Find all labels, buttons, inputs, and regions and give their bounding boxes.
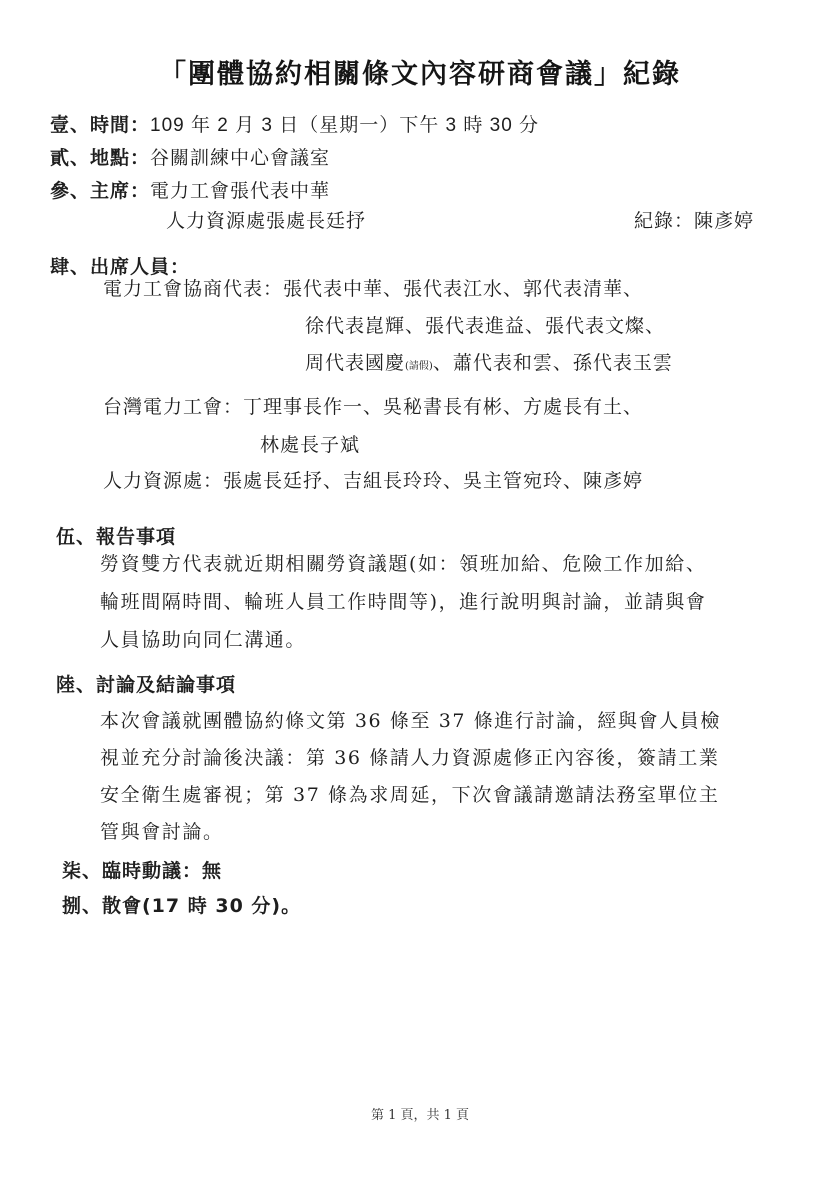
attendee-group-hr-dept: 人力資源處：張處長廷抒、吉組長玲玲、吳主管宛玲、陳彥婷 [103, 468, 643, 494]
section-time-value: 109 年 2 月 3 日（星期一）下午 3 時 30 分 [150, 115, 539, 136]
section-report-label: 伍、報告事項 [56, 524, 176, 550]
group-line: 徐代表崑輝、張代表進益、張代表文燦、 [305, 313, 665, 339]
section-place-value: 谷關訓練中心會議室 [150, 147, 330, 169]
section-motions: 柒、臨時動議：無 [62, 858, 222, 884]
group-line: 張代表中華、張代表江水、郭代表清華、 [283, 278, 643, 300]
section-adjourn: 捌、散會(17 時 30 分)。 [62, 893, 301, 919]
discussion-line: 管與會討論。 [100, 819, 224, 845]
group-name: 電力工會協商代表： [103, 278, 283, 300]
section-motions-label: 柒、臨時動議： [62, 860, 202, 882]
section-chair: 參、主席：電力工會張代表中華 [50, 178, 330, 204]
attendee-group-union-reps: 電力工會協商代表：張代表中華、張代表江水、郭代表清華、 [103, 276, 643, 302]
leave-note: (請假) [405, 361, 433, 372]
section-time: 壹、時間：109 年 2 月 3 日（星期一）下午 3 時 30 分 [50, 112, 539, 139]
section-motions-value: 無 [202, 860, 222, 882]
group-line: 丁理事長作一、吳秘書長有彬、方處長有土、 [243, 396, 643, 418]
report-line: 勞資雙方代表就近期相關勞資議題(如：領班加給、危險工作加給、 [100, 551, 706, 577]
discussion-line: 本次會議就團體協約條文第 36 條至 37 條進行討論，經與會人員檢 [100, 708, 721, 734]
chair-name-2: 人力資源處張處長廷抒 [166, 208, 366, 234]
discussion-line: 視並充分討論後決議：第 36 條請人力資源處修正內容後，簽請工業 [100, 745, 719, 771]
group-line: 張處長廷抒、吉組長玲玲、吳主管宛玲、陳彥婷 [223, 470, 643, 492]
page-indicator: 第 1 頁，共 1 頁 [0, 1104, 840, 1123]
report-line: 人員協助向同仁溝通。 [100, 627, 306, 653]
section-discussion-label: 陸、討論及結論事項 [56, 672, 236, 698]
document-title: 「團體協約相關條文內容研商會議」紀錄 [0, 52, 840, 91]
group-line: 周代表國慶(請假)、蕭代表和雲、孫代表玉雲 [305, 350, 673, 380]
section-place-label: 貳、地點： [50, 147, 150, 169]
section-chair-label: 參、主席： [50, 180, 150, 202]
discussion-line: 安全衛生處審視；第 37 條為求周延，下次會議請邀請法務室單位主 [100, 782, 719, 808]
group-name: 台灣電力工會： [103, 396, 243, 418]
section-place: 貳、地點：谷關訓練中心會議室 [50, 145, 330, 171]
group-name: 人力資源處： [103, 470, 223, 492]
attendee-group-taipower-union: 台灣電力工會：丁理事長作一、吳秘書長有彬、方處長有土、 [103, 394, 643, 420]
document-page: 「團體協約相關條文內容研商會議」紀錄 壹、時間：109 年 2 月 3 日（星期… [0, 0, 840, 1188]
recorder: 紀錄：陳彥婷 [634, 208, 754, 234]
chair-name-1: 電力工會張代表中華 [150, 180, 330, 202]
group-line: 林處長子斌 [260, 432, 360, 458]
section-time-label: 壹、時間： [50, 114, 150, 136]
report-line: 輪班間隔時間、輪班人員工作時間等)，進行說明與討論，並請與會 [100, 589, 706, 615]
